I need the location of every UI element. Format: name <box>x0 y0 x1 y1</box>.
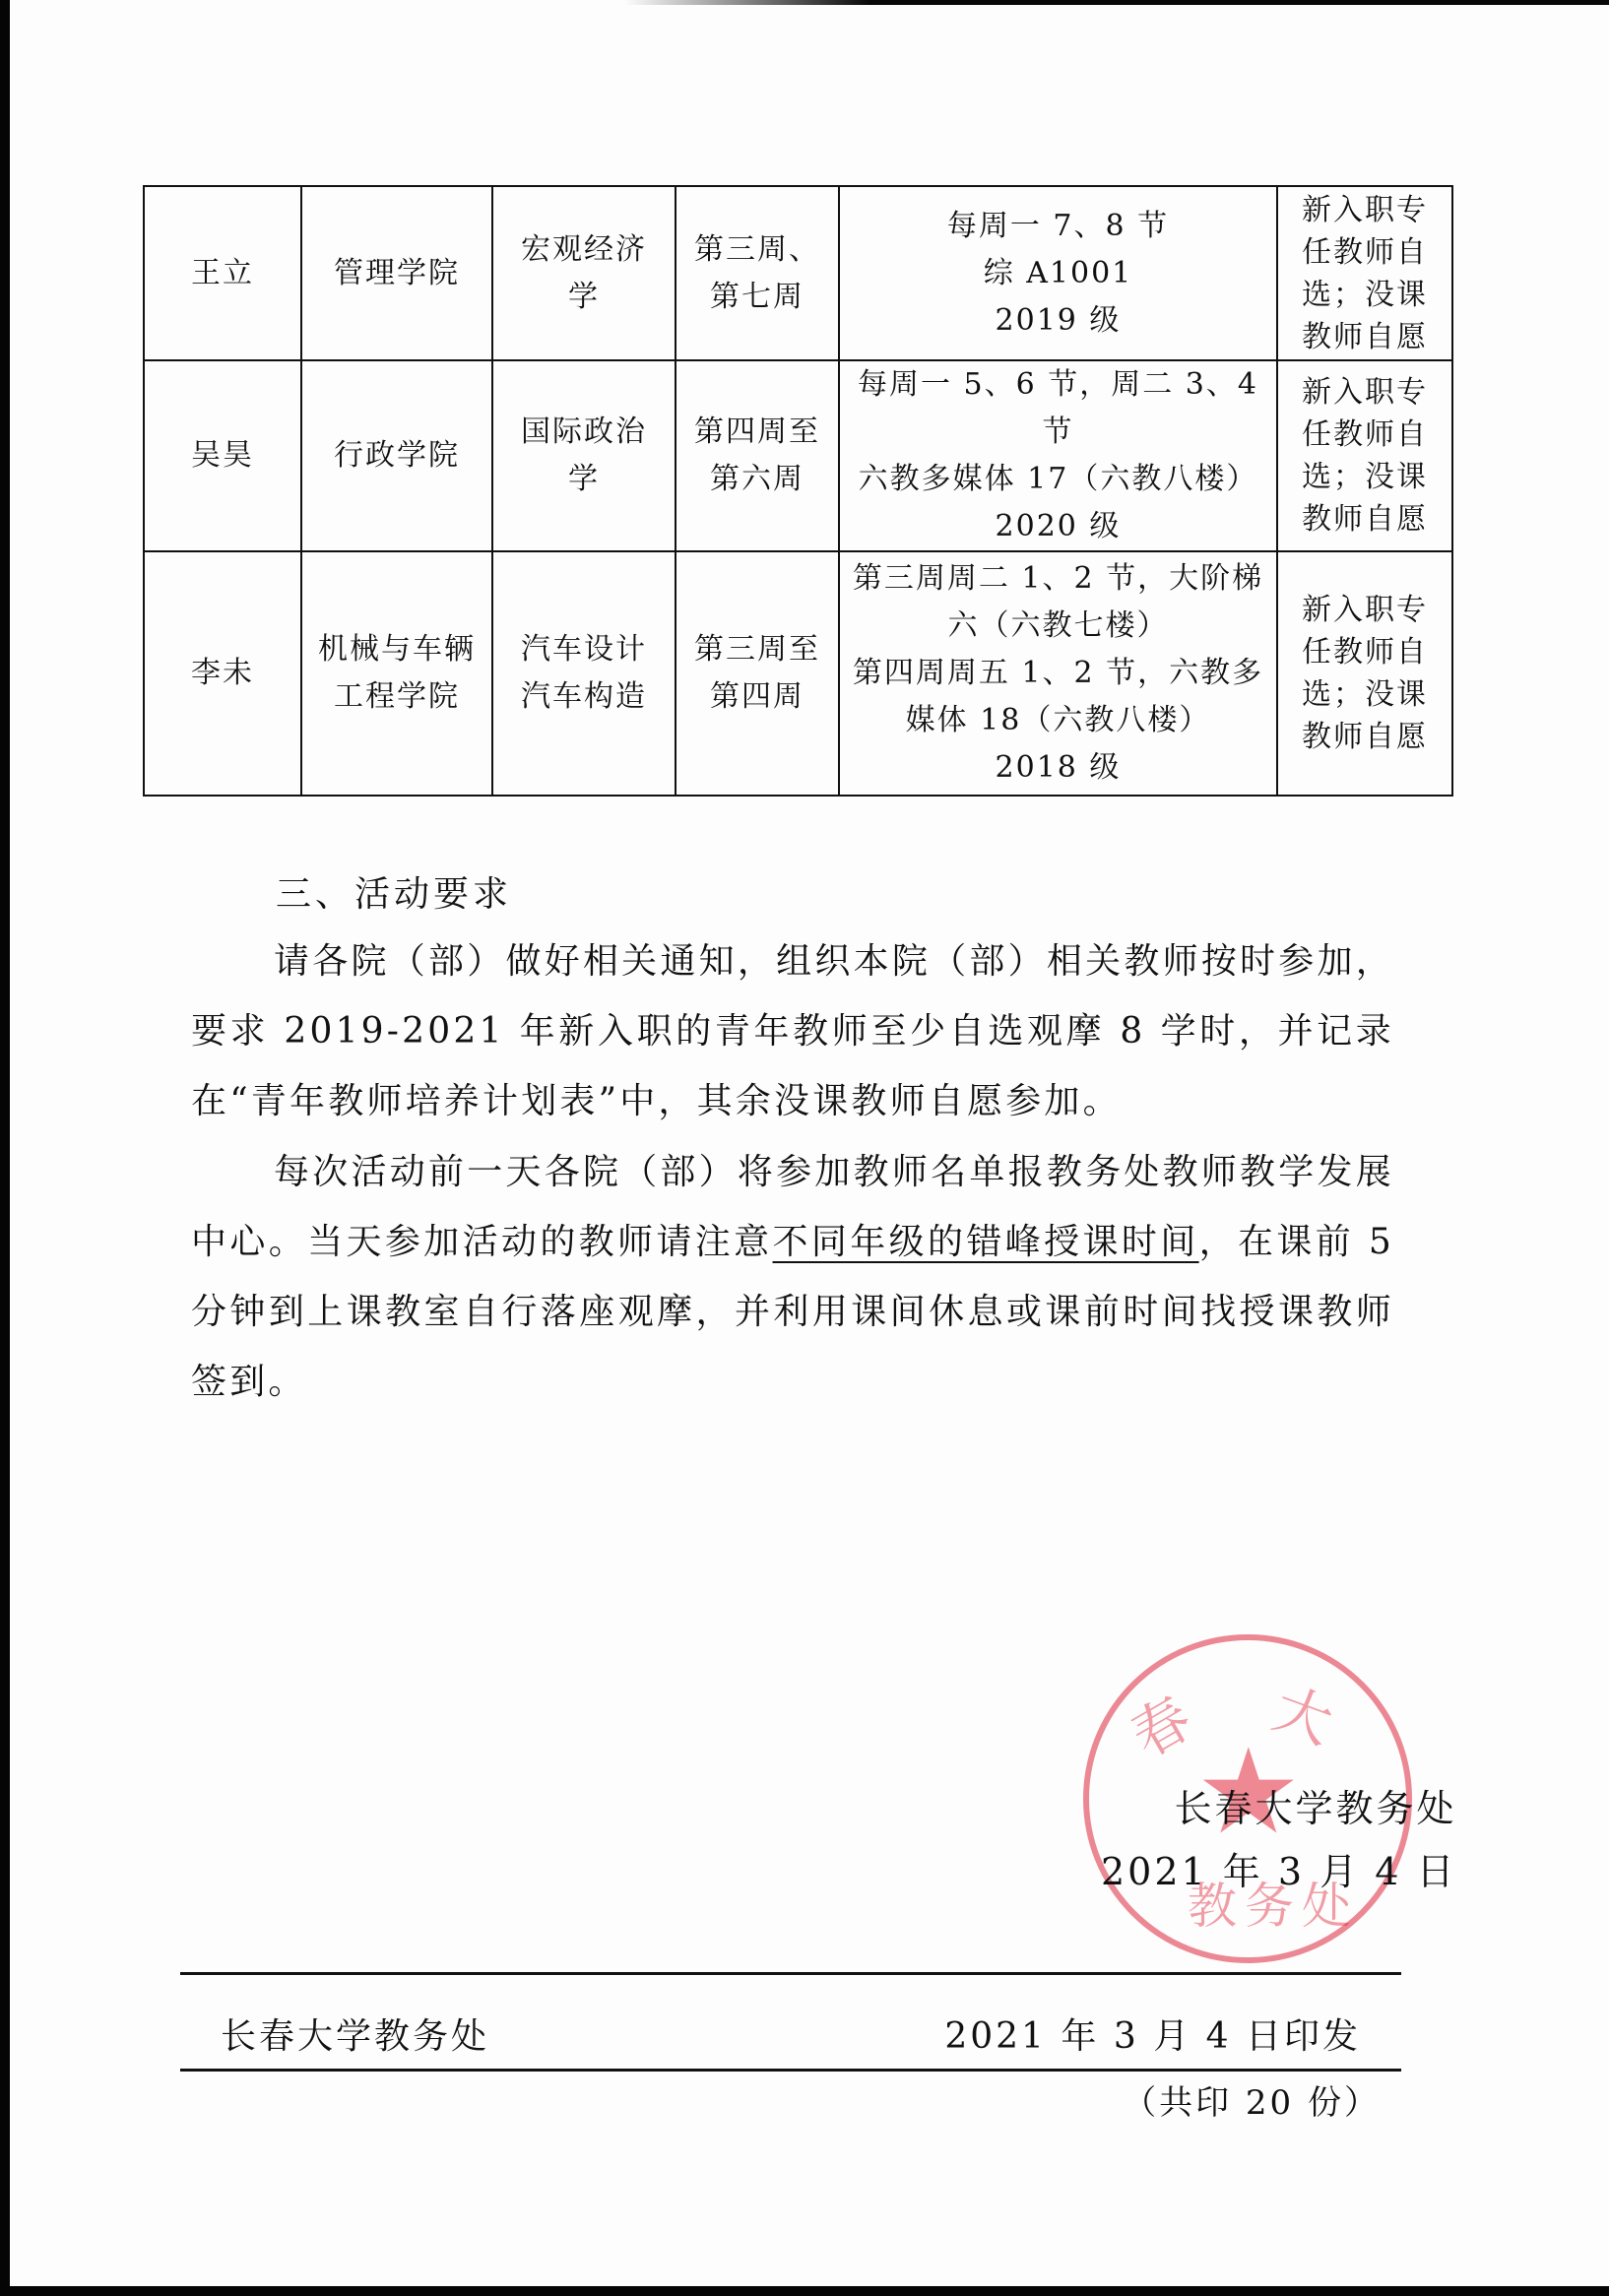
course-line: 汽车构造 <box>499 673 669 721</box>
participants-line: 新入职专 <box>1284 189 1446 231</box>
weeks-line: 第六周 <box>682 456 832 503</box>
course-line: 学 <box>499 274 669 321</box>
scan-border-bottom <box>0 2286 1609 2296</box>
table-row: 王立 管理学院 宏观经济 学 第三周、 第七周 每周一 7、8 节 综 A100… <box>144 186 1452 360</box>
weeks-line: 第三周至 <box>682 626 832 673</box>
college-line: 工程学院 <box>308 673 485 721</box>
table-row: 李未 机械与车辆 工程学院 汽车设计 汽车构造 第三周至 第四周 第三周周二 1… <box>144 551 1452 796</box>
footer-print-date: 2021 年 3 月 4 日印发 <box>944 2009 1361 2059</box>
college-line: 机械与车辆 <box>308 626 485 673</box>
college-cell: 行政学院 <box>301 360 492 551</box>
participants-cell: 新入职专 任教师自 选；没课 教师自愿 <box>1277 360 1452 551</box>
college-cell: 机械与车辆 工程学院 <box>301 551 492 796</box>
observation-schedule-table: 王立 管理学院 宏观经济 学 第三周、 第七周 每周一 7、8 节 综 A100… <box>143 185 1453 797</box>
course-cell: 国际政治 学 <box>492 360 676 551</box>
footer-rule-top <box>180 1972 1401 1975</box>
weeks-line: 第四周 <box>682 673 832 721</box>
participants-line: 新入职专 <box>1284 371 1446 414</box>
participants-line: 选；没课 <box>1284 274 1446 316</box>
time-place-line: 每周一 5、6 节，周二 3、4 节 <box>846 361 1270 456</box>
participants-line: 任教师自 <box>1284 414 1446 456</box>
participants-line: 选；没课 <box>1284 456 1446 498</box>
college-line: 行政学院 <box>308 432 485 479</box>
scan-border-top <box>624 0 1609 5</box>
weeks-cell: 第三周、 第七周 <box>676 186 839 360</box>
college-cell: 管理学院 <box>301 186 492 360</box>
course-line: 宏观经济 <box>499 226 669 274</box>
course-cell: 汽车设计 汽车构造 <box>492 551 676 796</box>
course-line: 学 <box>499 456 669 503</box>
signature-block: 长春大学教务处 2021 年 3 月 4 日 <box>1101 1777 1456 1903</box>
signature-date: 2021 年 3 月 4 日 <box>1101 1840 1456 1903</box>
participants-line: 选；没课 <box>1284 673 1446 716</box>
footer-copies: （共印 20 份） <box>1123 2075 1381 2124</box>
time-place-cell: 每周一 7、8 节 综 A1001 2019 级 <box>839 186 1277 360</box>
time-place-line: 第三周周二 1、2 节，大阶梯 <box>846 555 1270 603</box>
time-place-cell: 第三周周二 1、2 节，大阶梯 六（六教七楼） 第四周周五 1、2 节，六教多 … <box>839 551 1277 796</box>
participants-cell: 新入职专 任教师自 选；没课 教师自愿 <box>1277 551 1452 796</box>
section-heading: 三、活动要求 <box>276 866 512 917</box>
participants-line: 任教师自 <box>1284 631 1446 673</box>
weeks-cell: 第四周至 第六周 <box>676 360 839 551</box>
college-line: 管理学院 <box>308 250 485 297</box>
time-place-cell: 每周一 5、6 节，周二 3、4 节 六教多媒体 17（六教八楼） 2020 级 <box>839 360 1277 551</box>
time-place-line: 六教多媒体 17（六教八楼） <box>846 456 1270 503</box>
course-line: 汽车设计 <box>499 626 669 673</box>
teacher-name: 吴昊 <box>144 360 301 551</box>
footer-issuer: 长春大学教务处 <box>221 2009 489 2059</box>
course-cell: 宏观经济 学 <box>492 186 676 360</box>
participants-line: 新入职专 <box>1284 589 1446 631</box>
requirements-paragraph-1: 请各院（部）做好相关通知，组织本院（部）相关教师按时参加，要求 2019-202… <box>191 926 1394 1136</box>
participants-line: 教师自愿 <box>1284 716 1446 758</box>
course-line: 国际政治 <box>499 409 669 456</box>
participants-cell: 新入职专 任教师自 选；没课 教师自愿 <box>1277 186 1452 360</box>
time-place-line: 每周一 7、8 节 <box>846 203 1270 250</box>
underlined-emphasis: 不同年级的错峰授课时间 <box>773 1222 1199 1262</box>
time-place-line: 六（六教七楼） <box>846 603 1270 650</box>
requirements-paragraph-2: 每次活动前一天各院（部）将参加教师名单报教务处教师教学发展中心。当天参加活动的教… <box>191 1137 1394 1417</box>
participants-line: 任教师自 <box>1284 231 1446 274</box>
time-place-line: 2020 级 <box>846 503 1270 550</box>
footer-rule-bottom <box>180 2069 1401 2072</box>
teacher-name: 李未 <box>144 551 301 796</box>
time-place-line: 媒体 18（六教八楼） <box>846 697 1270 744</box>
signature-issuer: 长春大学教务处 <box>1101 1777 1456 1840</box>
time-place-line: 第四周周五 1、2 节，六教多 <box>846 650 1270 697</box>
teacher-name: 王立 <box>144 186 301 360</box>
participants-line: 教师自愿 <box>1284 498 1446 541</box>
time-place-line: 综 A1001 <box>846 250 1270 297</box>
seal-char: 春 <box>1114 1673 1204 1773</box>
scan-border-left <box>0 0 10 2296</box>
time-place-line: 2019 级 <box>846 297 1270 345</box>
weeks-line: 第七周 <box>682 274 832 321</box>
weeks-cell: 第三周至 第四周 <box>676 551 839 796</box>
participants-line: 教师自愿 <box>1284 316 1446 358</box>
weeks-line: 第四周至 <box>682 409 832 456</box>
weeks-line: 第三周、 <box>682 226 832 274</box>
time-place-line: 2018 级 <box>846 744 1270 792</box>
table-row: 吴昊 行政学院 国际政治 学 第四周至 第六周 每周一 5、6 节，周二 3、4… <box>144 360 1452 551</box>
